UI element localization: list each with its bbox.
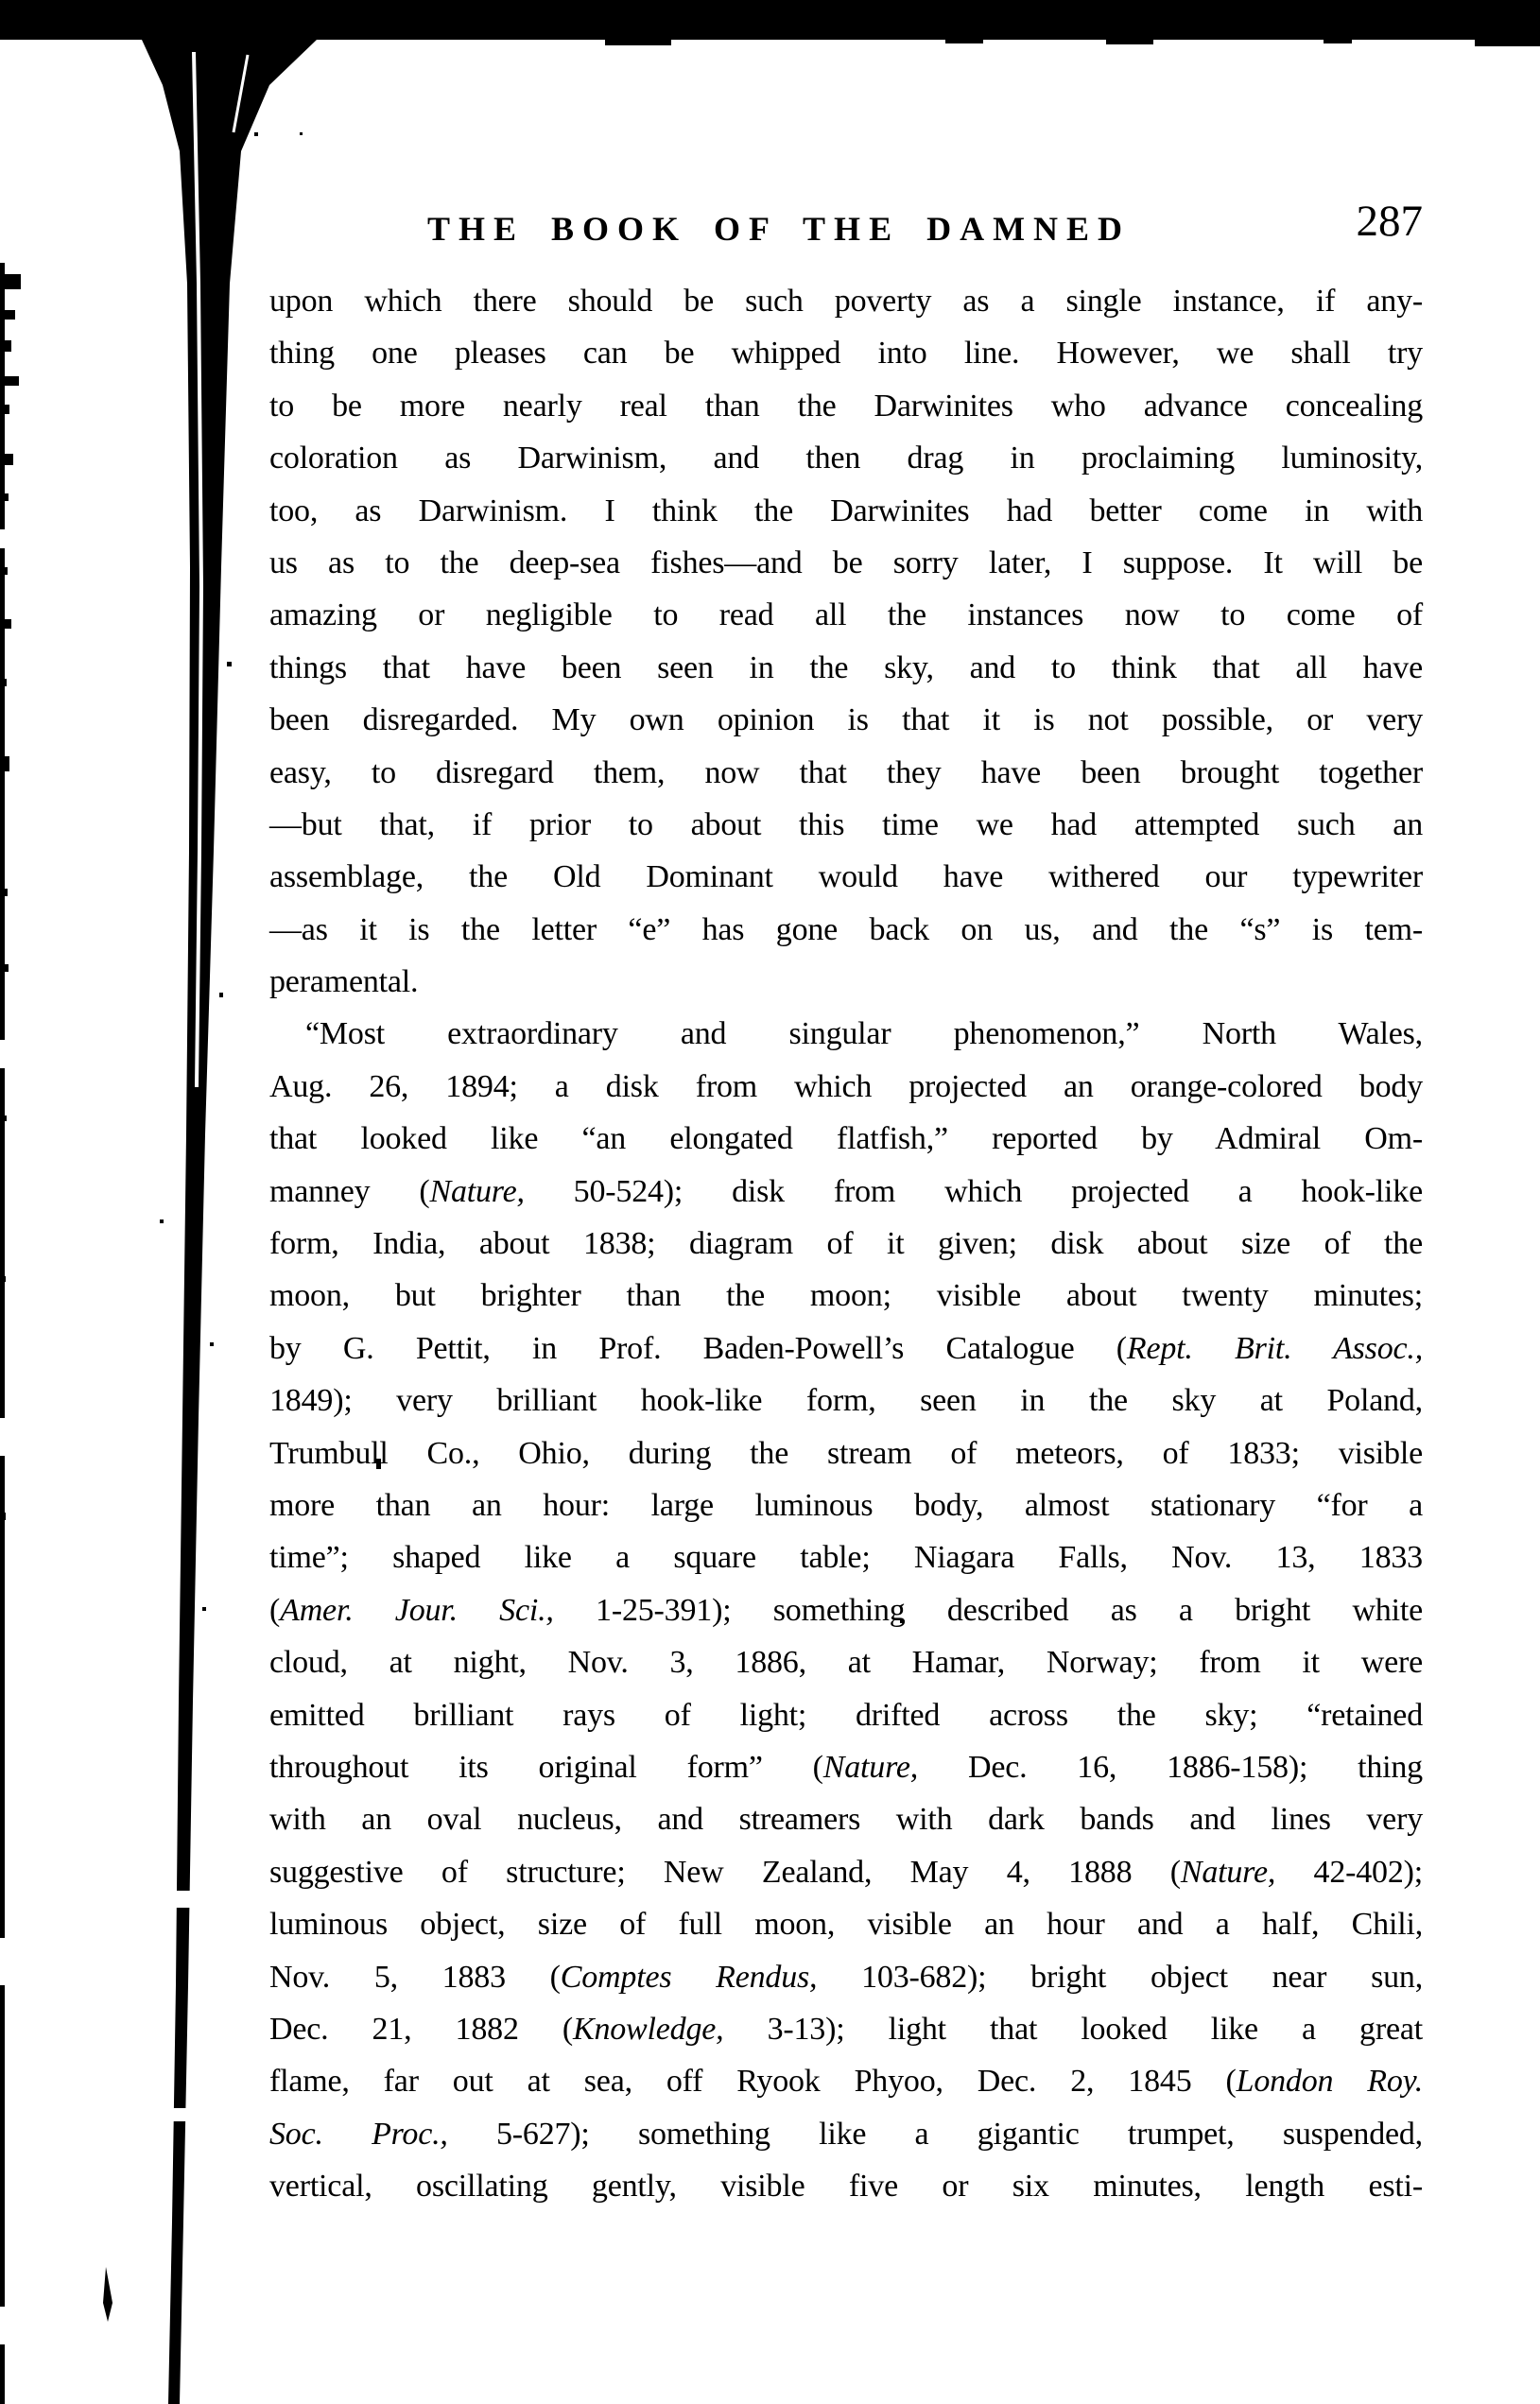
text-line: vertical, oscillating gently, visible fi… <box>269 2160 1423 2212</box>
text-line: —but that, if prior to about this time w… <box>269 799 1423 851</box>
page-number: 287 <box>1357 195 1424 248</box>
text-line: form, India, about 1838; diagram of it g… <box>269 1218 1423 1270</box>
text-line: more than an hour: large luminous body, … <box>269 1479 1423 1531</box>
text-line: amazing or negligible to read all the in… <box>269 589 1423 641</box>
text-line: Aug. 26, 1894; a disk from which project… <box>269 1061 1423 1113</box>
text-line: moon, but brighter than the moon; visibl… <box>269 1270 1423 1322</box>
text-line: luminous object, size of full moon, visi… <box>269 1898 1423 1950</box>
text-line: manney (Nature, 50-524); disk from which… <box>269 1166 1423 1218</box>
book-page: THE BOOK OF THE DAMNED 287 upon which th… <box>0 0 1540 2404</box>
text-line: peramental. <box>269 956 1423 1008</box>
text-line: —as it is the letter “e” has gone back o… <box>269 904 1423 956</box>
text-line: that looked like “an elongated flatfish,… <box>269 1113 1423 1165</box>
top-edge-bar <box>0 0 1540 46</box>
text-line: Soc. Proc., 5-627); something like a gig… <box>269 2108 1423 2160</box>
text-line: by G. Pettit, in Prof. Baden-Powell’s Ca… <box>269 1323 1423 1375</box>
text-line: “Most extraordinary and singular phenome… <box>269 1008 1423 1060</box>
text-line: emitted brilliant rays of light; drifted… <box>269 1689 1423 1741</box>
text-line: Nov. 5, 1883 (Comptes Rendus, 103-682); … <box>269 1951 1423 2003</box>
text-line: been disregarded. My own opinion is that… <box>269 694 1423 746</box>
text-line: Dec. 21, 1882 (Knowledge, 3-13); light t… <box>269 2003 1423 2055</box>
text-line: time”; shaped like a square table; Niaga… <box>269 1531 1423 1583</box>
text-line: coloration as Darwinism, and then drag i… <box>269 432 1423 484</box>
body-text: upon which there should be such poverty … <box>269 275 1423 2212</box>
running-title: THE BOOK OF THE DAMNED <box>427 208 1131 250</box>
text-line: things that have been seen in the sky, a… <box>269 642 1423 694</box>
text-line: suggestive of structure; New Zealand, Ma… <box>269 1846 1423 1898</box>
text-line: assemblage, the Old Dominant would have … <box>269 851 1423 903</box>
text-line: flame, far out at sea, off Ryook Phyoo, … <box>269 2055 1423 2107</box>
text-line: to be more nearly real than the Darwinit… <box>269 380 1423 432</box>
text-line: throughout its original form” (Nature, D… <box>269 1741 1423 1793</box>
left-edge-artifact <box>0 263 112 2404</box>
text-line: upon which there should be such poverty … <box>269 275 1423 327</box>
text-line: easy, to disregard them, now that they h… <box>269 747 1423 799</box>
text-line: with an oval nucleus, and streamers with… <box>269 1793 1423 1845</box>
text-line: thing one pleases can be whipped into li… <box>269 327 1423 379</box>
text-line: too, as Darwinism. I think the Darwinite… <box>269 485 1423 537</box>
text-line: Trumbull Co., Ohio, during the stream of… <box>269 1427 1423 1479</box>
text-line: us as to the deep-sea fishes—and be sorr… <box>269 537 1423 589</box>
text-line: cloud, at night, Nov. 3, 1886, at Hamar,… <box>269 1636 1423 1688</box>
text-line: (Amer. Jour. Sci., 1-25-391); something … <box>269 1584 1423 1636</box>
text-line: 1849); very brilliant hook-like form, se… <box>269 1375 1423 1427</box>
